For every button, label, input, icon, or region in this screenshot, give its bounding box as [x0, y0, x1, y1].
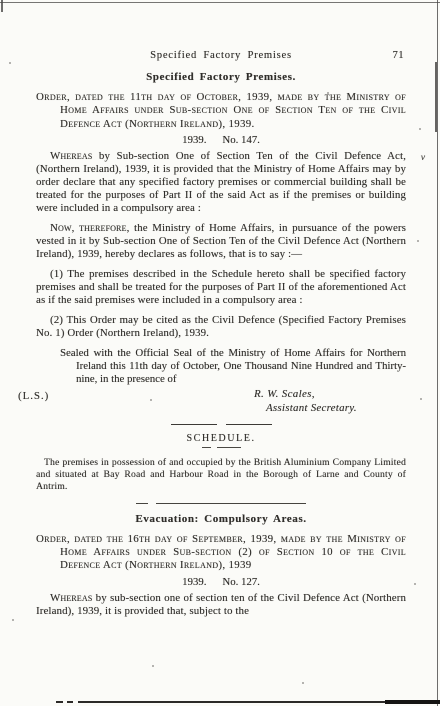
schedule-heading: SCHEDULE. [36, 433, 406, 444]
scan-speck [417, 240, 419, 242]
order1-clause-1: (1) The premises described in the Schedu… [36, 268, 406, 307]
schedule-text: The premises in possession of and occupi… [36, 457, 406, 492]
order1-title: Specified Factory Premises. [36, 71, 406, 83]
margin-annotation-mark: v [421, 153, 425, 163]
order1-clause-2: (2) This Order may be cited as the Civil… [36, 314, 406, 340]
order1-sealing-paragraph: Sealed with the Official Seal of the Min… [60, 347, 406, 386]
scan-speck [414, 583, 416, 585]
scan-speck [152, 665, 154, 667]
scanned-document-page: v Specified Factory Premises 71 Specifie… [0, 0, 440, 706]
scan-speck [302, 682, 304, 684]
scan-speck [9, 62, 11, 64]
order1-number-line: 1939. No. 147. [36, 134, 406, 146]
scan-artifact-dash [56, 701, 63, 703]
scan-speck [420, 398, 422, 400]
scan-artifact-bottom-bar [385, 700, 440, 704]
order1-heading: Order, dated the 11th day of October, 19… [36, 91, 406, 131]
scan-artifact-dash [67, 701, 73, 703]
running-head-title: Specified Factory Premises [150, 50, 292, 61]
order2-whereas-paragraph: Whereas by sub-section one of section te… [36, 592, 406, 618]
page-border-right-thick [435, 62, 437, 132]
scan-speck [419, 128, 421, 130]
now-therefore-lead: Now, therefore, [50, 222, 129, 234]
order1-now-therefore-paragraph: Now, therefore, the Ministry of Home Aff… [36, 222, 406, 261]
order2-number: No. 127. [222, 576, 260, 588]
page-content: Specified Factory Premises 71 Specified … [36, 50, 406, 625]
scan-artifact-bottom-line [78, 701, 385, 703]
scan-speck [12, 619, 14, 621]
whereas-body: by Sub-section One of Section Ten of the… [36, 150, 406, 214]
order1-number: No. 147. [222, 134, 260, 146]
order2-heading: Order, dated the 16th day of September, … [36, 533, 406, 573]
page-number: 71 [393, 50, 405, 61]
whereas-body: by sub-section one of section ten of the… [36, 592, 406, 617]
order1-whereas-paragraph: Whereas by Sub-section One of Section Te… [36, 150, 406, 215]
order2-year: 1939. [182, 576, 206, 588]
order2-number-line: 1939. No. 127. [36, 576, 406, 588]
order-divider-rule [36, 503, 406, 504]
seal-mark: (L.S.) [18, 390, 49, 402]
whereas-lead: Whereas [50, 592, 92, 604]
schedule-underline-dashes [36, 447, 406, 448]
order1-year: 1939. [182, 134, 206, 146]
page-border-top [0, 2, 440, 3]
whereas-lead: Whereas [50, 150, 92, 162]
running-head: Specified Factory Premises 71 [36, 50, 406, 61]
page-border-left-tick [1, 0, 3, 12]
signature-title: Assistant Secretary. [266, 402, 357, 414]
section-divider-rule [36, 424, 406, 425]
signature-area: (L.S.) R. W. Scales, Assistant Secretary… [36, 388, 406, 418]
order2-section-title: Evacuation: Compulsory Areas. [36, 513, 406, 525]
signature-name: R. W. Scales, [254, 388, 315, 400]
